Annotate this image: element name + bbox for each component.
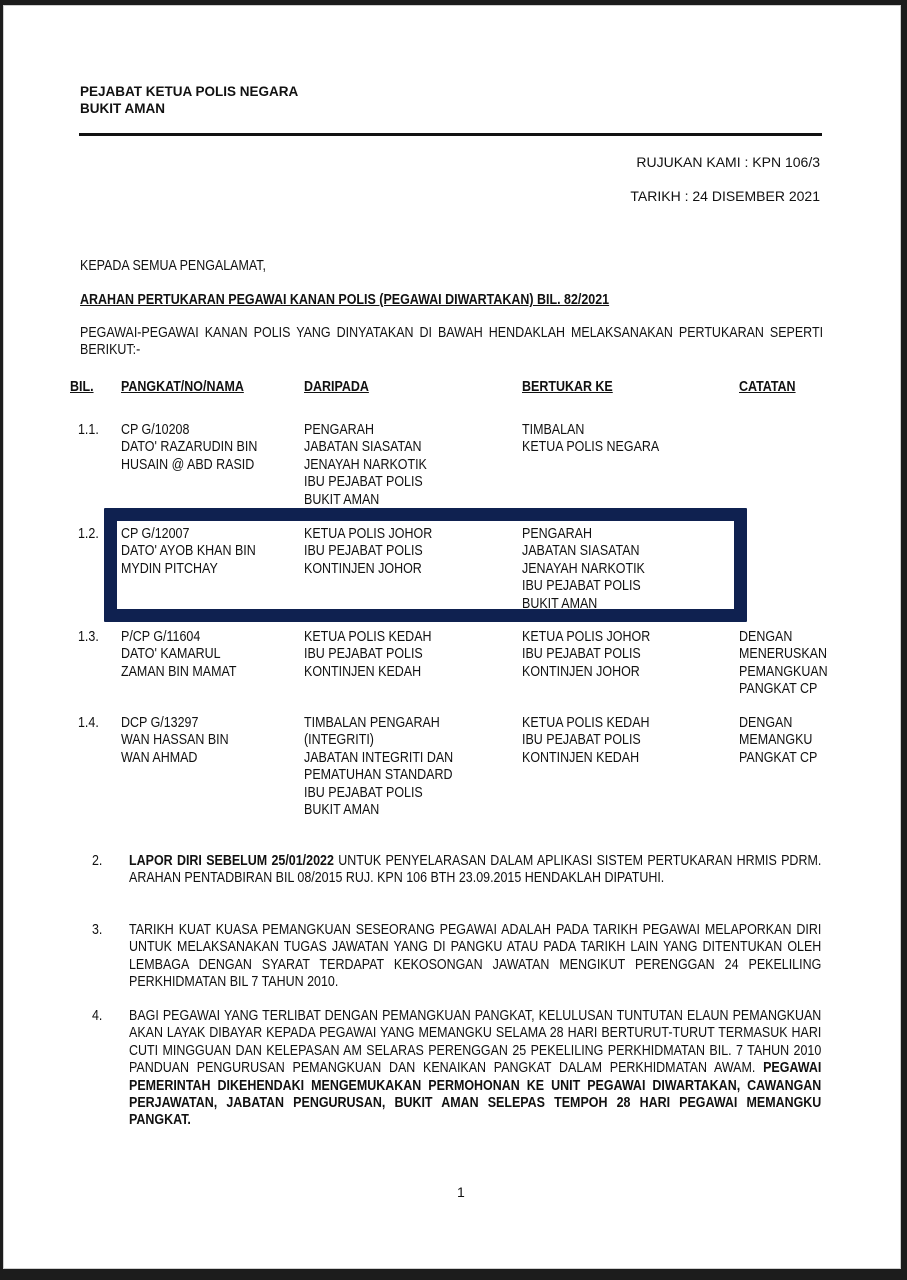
cell-daripada: PENGARAHJABATAN SIASATANJENAYAH NARKOTIK… bbox=[304, 422, 427, 509]
cell-daripada: KETUA POLIS KEDAHIBU PEJABAT POLISKONTIN… bbox=[304, 629, 432, 681]
paragraph-text: BAGI PEGAWAI YANG TERLIBAT DENGAN PEMANG… bbox=[129, 1008, 821, 1130]
header-bil: BIL. bbox=[70, 379, 94, 396]
header-pangkat: PANGKAT/NO/NAMA bbox=[121, 379, 244, 396]
cell-bertukar: KETUA POLIS KEDAHIBU PEJABAT POLISKONTIN… bbox=[522, 715, 650, 767]
paragraph-number: 3. bbox=[92, 922, 102, 939]
document-date: TARIKH : 24 DISEMBER 2021 bbox=[630, 188, 820, 204]
letterhead: PEJABAT KETUA POLIS NEGARA BUKIT AMAN bbox=[80, 83, 298, 117]
cell-bil: 1.3. bbox=[78, 629, 99, 646]
paragraph-text: LAPOR DIRI SEBELUM 25/01/2022 UNTUK PENY… bbox=[129, 853, 821, 888]
cell-daripada: TIMBALAN PENGARAH(INTEGRITI)JABATAN INTE… bbox=[304, 715, 453, 819]
cell-pangkat: CP G/10208DATO' RAZARUDIN BINHUSAIN @ AB… bbox=[121, 422, 257, 474]
letterhead-line-2: BUKIT AMAN bbox=[80, 100, 298, 117]
cell-pangkat: P/CP G/11604DATO' KAMARULZAMAN BIN MAMAT bbox=[121, 629, 236, 681]
document-page: PEJABAT KETUA POLIS NEGARA BUKIT AMAN RU… bbox=[4, 6, 900, 1268]
cell-bertukar: PENGARAHJABATAN SIASATANJENAYAH NARKOTIK… bbox=[522, 526, 645, 613]
paragraph-text: TARIKH KUAT KUASA PEMANGKUAN SESEORANG P… bbox=[129, 922, 821, 992]
letterhead-line-1: PEJABAT KETUA POLIS NEGARA bbox=[80, 83, 298, 100]
cell-bil: 1.2. bbox=[78, 526, 99, 543]
reference-number: RUJUKAN KAMI : KPN 106/3 bbox=[636, 154, 820, 170]
salutation: KEPADA SEMUA PENGALAMAT, bbox=[80, 258, 266, 275]
header-divider bbox=[79, 133, 822, 136]
cell-pangkat: CP G/12007DATO' AYOB KHAN BINMYDIN PITCH… bbox=[121, 526, 256, 578]
cell-bertukar: TIMBALANKETUA POLIS NEGARA bbox=[522, 422, 659, 457]
cell-catatan: DENGANMENERUSKANPEMANGKUANPANGKAT CP bbox=[739, 629, 828, 699]
header-bertukar: BERTUKAR KE bbox=[522, 379, 613, 396]
header-catatan: CATATAN bbox=[739, 379, 796, 396]
cell-bertukar: KETUA POLIS JOHORIBU PEJABAT POLISKONTIN… bbox=[522, 629, 650, 681]
document-title: ARAHAN PERTUKARAN PEGAWAI KANAN POLIS (P… bbox=[80, 292, 609, 309]
cell-catatan: DENGANMEMANGKUPANGKAT CP bbox=[739, 715, 817, 767]
cell-pangkat: DCP G/13297WAN HASSAN BINWAN AHMAD bbox=[121, 715, 229, 767]
cell-bil: 1.1. bbox=[78, 422, 99, 439]
page-number: 1 bbox=[457, 1184, 465, 1200]
cell-daripada: KETUA POLIS JOHORIBU PEJABAT POLISKONTIN… bbox=[304, 526, 432, 578]
intro-paragraph: PEGAWAI-PEGAWAI KANAN POLIS YANG DINYATA… bbox=[80, 325, 823, 360]
paragraph-number: 4. bbox=[92, 1008, 102, 1025]
cell-bil: 1.4. bbox=[78, 715, 99, 732]
header-daripada: DARIPADA bbox=[304, 379, 369, 396]
paragraph-number: 2. bbox=[92, 853, 102, 870]
